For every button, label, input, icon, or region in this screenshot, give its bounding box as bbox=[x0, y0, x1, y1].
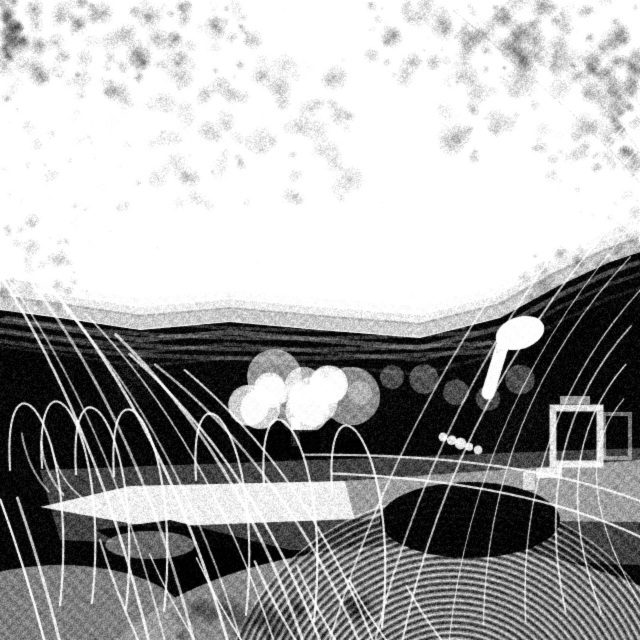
artwork-photo bbox=[0, 0, 640, 640]
photo-stage bbox=[0, 0, 640, 640]
photo-canvas bbox=[0, 0, 640, 640]
